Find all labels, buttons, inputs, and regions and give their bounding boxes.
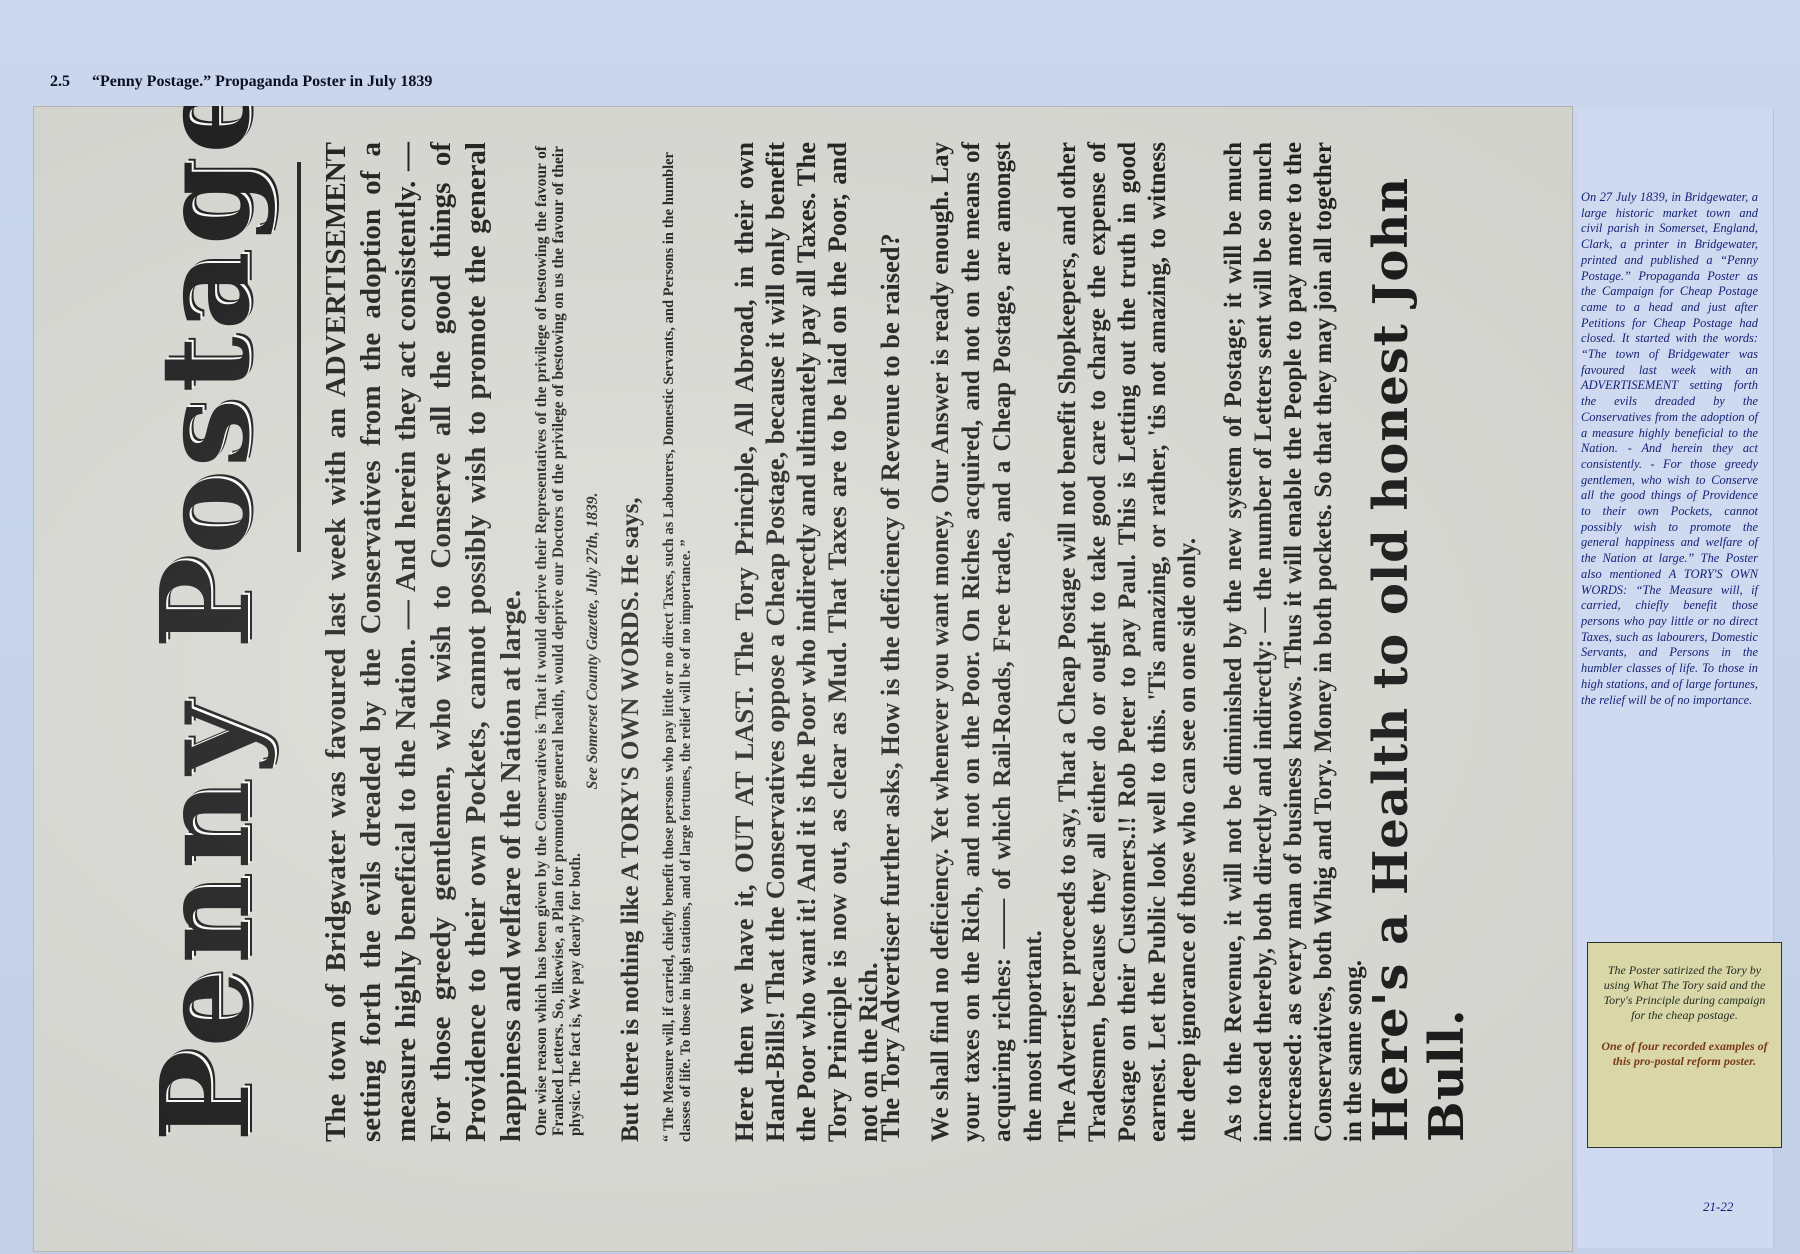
poster-paragraph-out-at-last: Here then we have it, OUT AT LAST. The T… — [729, 142, 884, 1142]
poster-paragraph-answer: We shall find no deficiency. Yet wheneve… — [925, 142, 1049, 1142]
poster-paragraph-shopkeepers: The Advertiser proceeds to say, That a C… — [1053, 142, 1203, 1142]
poster-closing-toast: Here's a Health to old honest John Bull. — [1363, 142, 1475, 1142]
annotation-highlight-box: The Poster satirized the Tory by using W… — [1587, 942, 1782, 1148]
annotation-description: On 27 July 1839, in Bridgewater, a large… — [1581, 190, 1758, 708]
poster-paragraph-revenue: As to the Revenue, it will not be dimini… — [1219, 142, 1369, 1142]
poster-paragraph-intro: The town of Bridgwater was favoured last… — [319, 142, 529, 1142]
poster-title: Penny Postage. — [133, 162, 277, 1142]
gazette-citation: See Somerset County Gazette, July 27th, … — [584, 146, 601, 1136]
penny-postage-poster: Penny Postage. The town of Bridgwater wa… — [33, 106, 1573, 1252]
caption-number: 2.5 — [50, 73, 70, 90]
caption-title: “Penny Postage.” Propaganda Poster in Ju… — [92, 73, 432, 90]
poster-paragraph-revenue-question: The Tory Advertiser further asks, How is… — [875, 142, 906, 1142]
poster-rotated-content: Penny Postage. The town of Bridgwater wa… — [33, 106, 1573, 1252]
box-summary: The Poster satirized the Tory by using W… — [1588, 963, 1781, 1023]
box-rarity-note: One of four recorded examples of this pr… — [1588, 1039, 1781, 1069]
page-number: 21-22 — [1703, 1199, 1733, 1215]
title-rule — [297, 162, 301, 552]
poster-paragraph-tory-words: But there is nothing like A TORY'S OWN W… — [617, 142, 645, 1142]
exhibit-caption: 2.5 “Penny Postage.” Propaganda Poster i… — [50, 73, 432, 91]
poster-quote-measure: “ The Measure will, if carried, chiefly … — [661, 152, 695, 1142]
annotation-column: On 27 July 1839, in Bridgewater, a large… — [1577, 0, 1777, 1254]
poster-paragraph-wise-reason: One wise reason which has been given by … — [533, 146, 601, 1142]
